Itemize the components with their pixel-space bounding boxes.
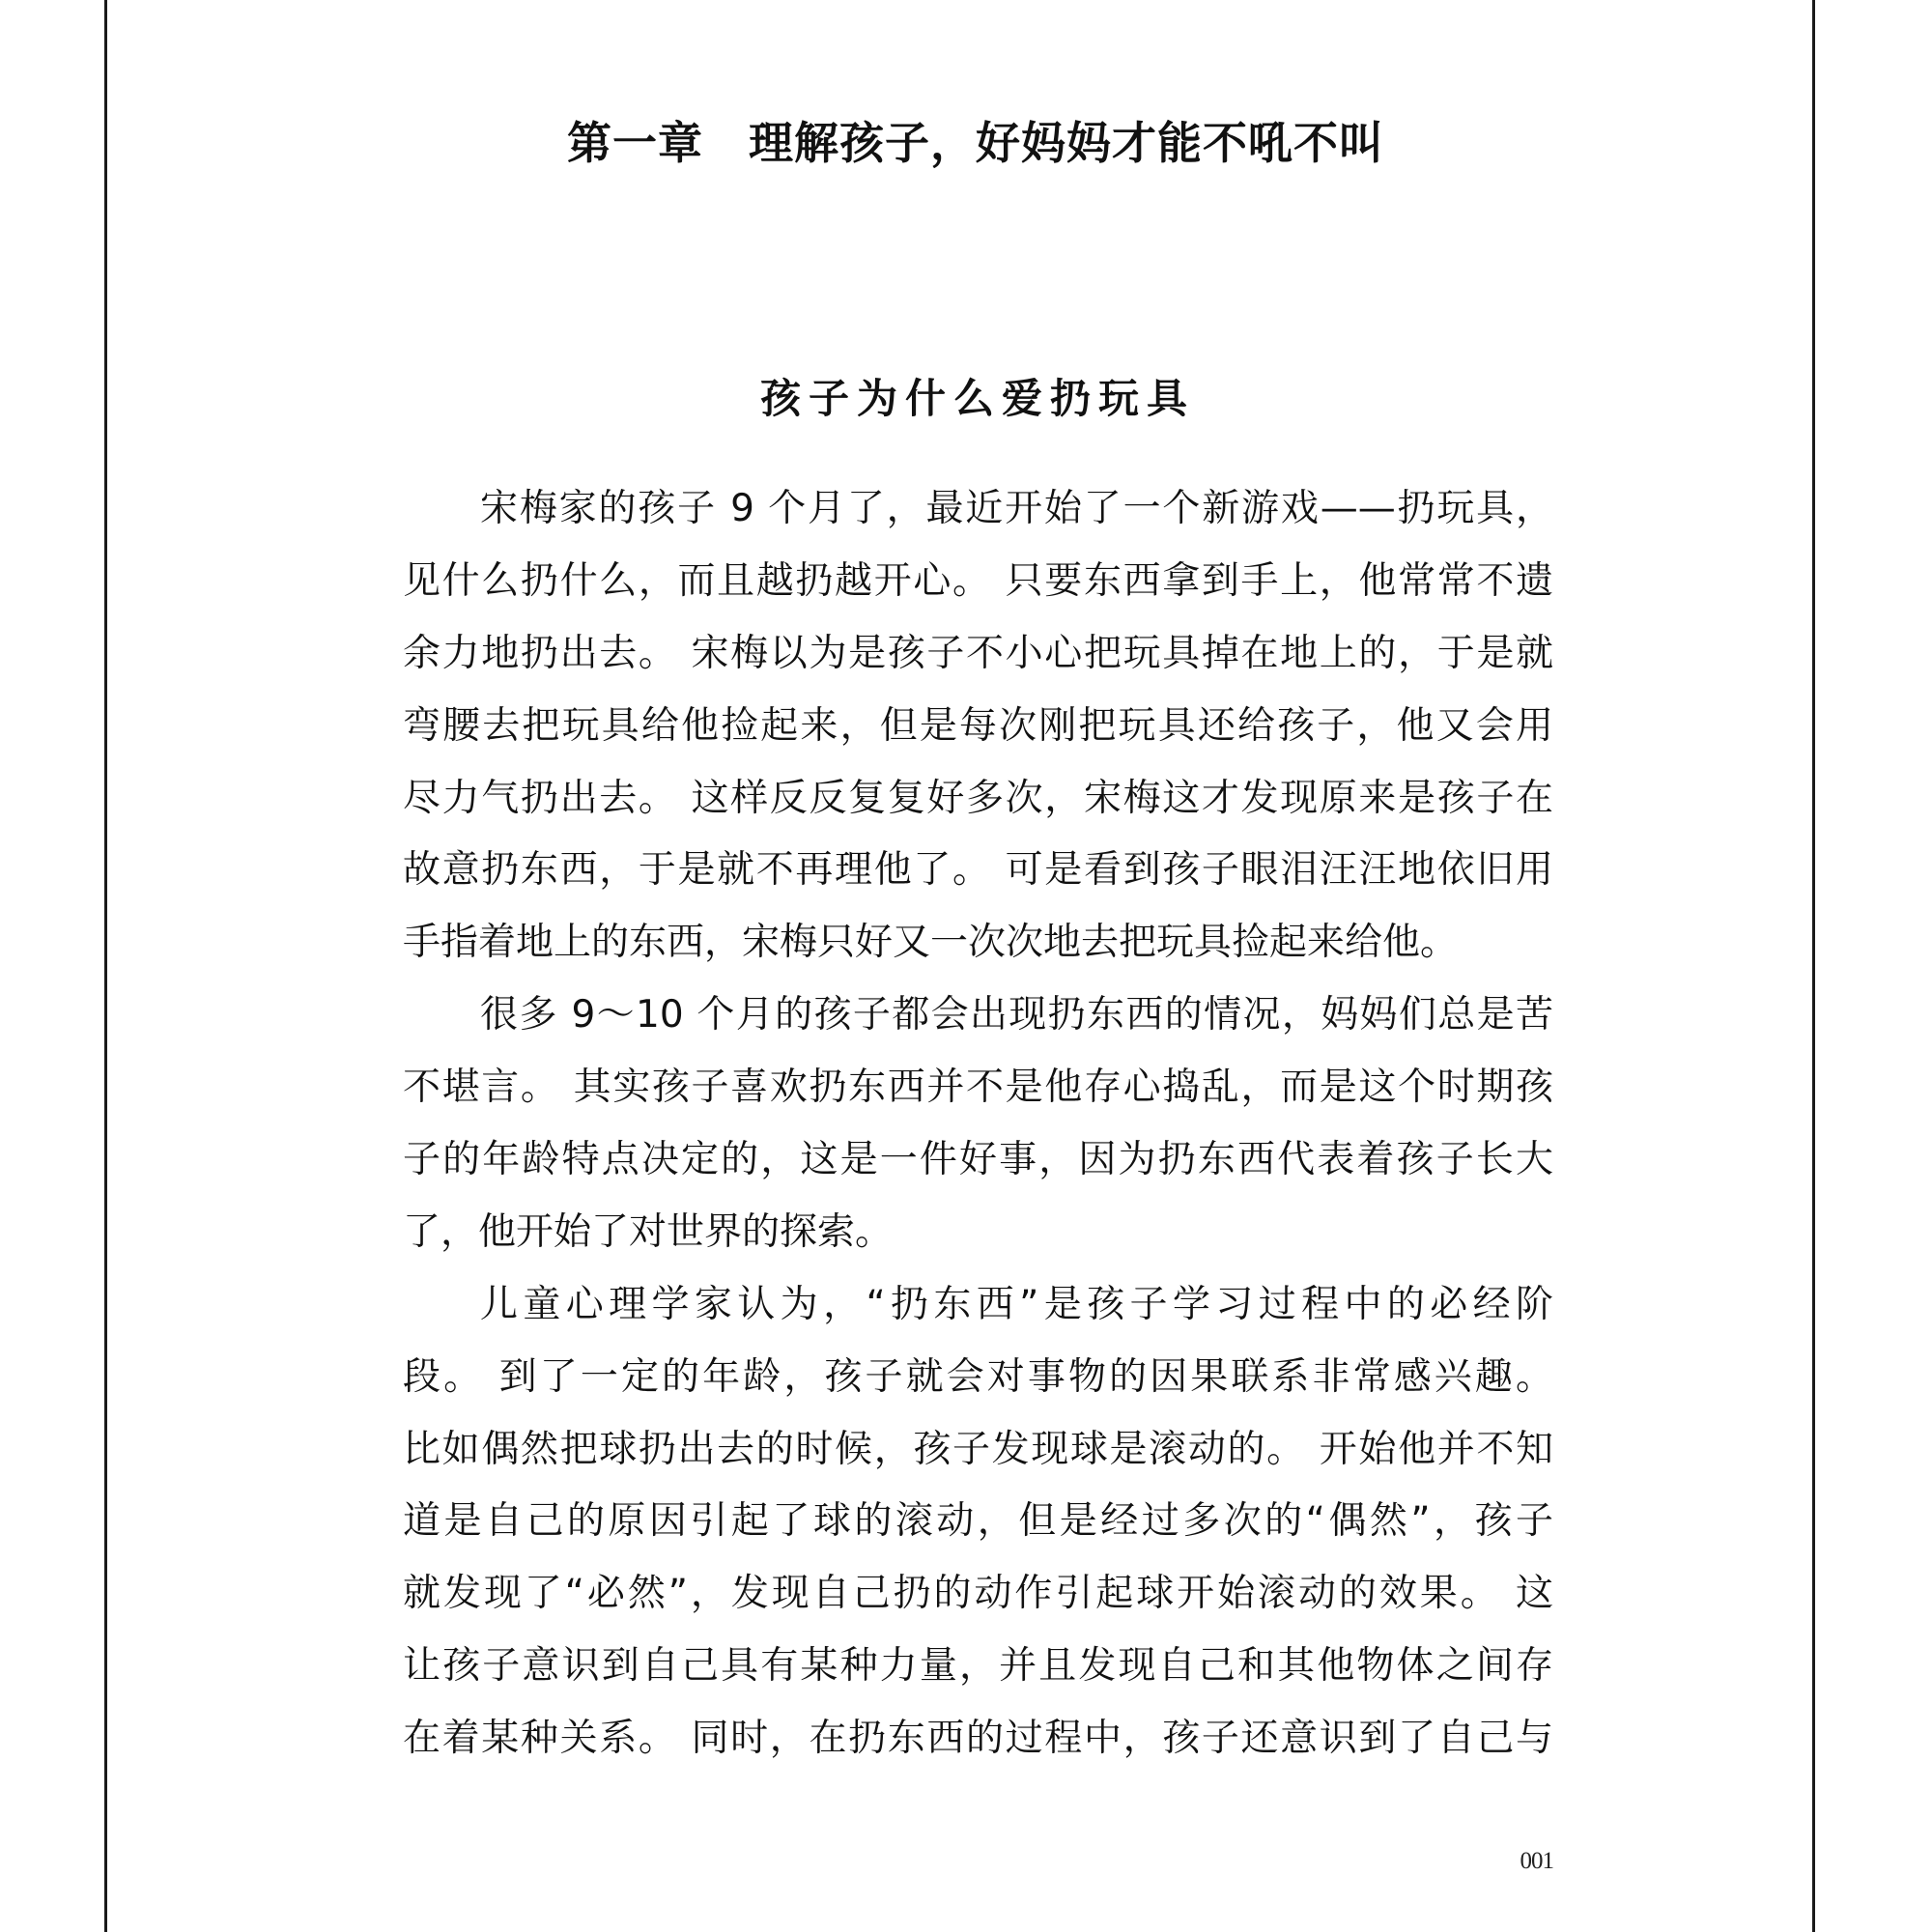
paragraph-3: 儿童心理学家认为，“扔东西”是孩子学习过程中的必经阶 段。 到了一定的年龄，孩子… [403,1269,1553,1776]
text-line: 在着某种关系。 同时，在扔东西的过程中，孩子还意识到了自己与 [403,1703,1553,1776]
text-line: 段。 到了一定的年龄，孩子就会对事物的因果联系非常感兴趣。 [403,1342,1553,1414]
chapter-title: 第一章 理解孩子，好妈妈才能不吼不叫 [0,115,1932,171]
body-text: 宋梅家的孩子 9 个月了，最近开始了一个新游戏——扔玩具， 见什么扔什么，而且越… [403,473,1553,1776]
section-title: 孩子为什么爱扔玩具 [0,374,1932,424]
paragraph-1: 宋梅家的孩子 9 个月了，最近开始了一个新游戏——扔玩具， 见什么扔什么，而且越… [403,473,1553,980]
text-line: 见什么扔什么，而且越扔越开心。 只要东西拿到手上，他常常不遗 [403,546,1553,618]
text-line: 让孩子意识到自己具有某种力量，并且发现自己和其他物体之间存 [403,1631,1553,1703]
page-number: 001 [1520,1847,1554,1876]
text-line: 故意扔东西，于是就不再理他了。 可是看到孩子眼泪汪汪地依旧用 [403,835,1553,907]
text-line: 很多 9～10 个月的孩子都会出现扔东西的情况，妈妈们总是苦 [403,980,1553,1052]
page-border-left [104,0,107,1932]
text-line: 比如偶然把球扔出去的时候，孩子发现球是滚动的。 开始他并不知 [403,1414,1553,1487]
page-border-right [1812,0,1815,1932]
text-line: 儿童心理学家认为，“扔东西”是孩子学习过程中的必经阶 [403,1269,1553,1342]
text-line: 不堪言。 其实孩子喜欢扔东西并不是他存心捣乱，而是这个时期孩 [403,1052,1553,1124]
text-line: 就发现了“必然”，发现自己扔的动作引起球开始滚动的效果。 这 [403,1558,1553,1631]
text-line: 道是自己的原因引起了球的滚动，但是经过多次的“偶然”，孩子 [403,1486,1553,1558]
text-line: 了，他开始了对世界的探索。 [403,1197,1553,1269]
text-line: 子的年龄特点决定的，这是一件好事，因为扔东西代表着孩子长大 [403,1124,1553,1197]
text-line: 手指着地上的东西，宋梅只好又一次次地去把玩具捡起来给他。 [403,907,1553,980]
text-line: 弯腰去把玩具给他捡起来，但是每次刚把玩具还给孩子，他又会用 [403,691,1553,763]
text-line: 尽力气扔出去。 这样反反复复好多次，宋梅这才发现原来是孩子在 [403,763,1553,836]
text-line: 宋梅家的孩子 9 个月了，最近开始了一个新游戏——扔玩具， [403,473,1553,546]
text-line: 余力地扔出去。 宋梅以为是孩子不小心把玩具掉在地上的，于是就 [403,618,1553,691]
paragraph-2: 很多 9～10 个月的孩子都会出现扔东西的情况，妈妈们总是苦 不堪言。 其实孩子… [403,980,1553,1269]
